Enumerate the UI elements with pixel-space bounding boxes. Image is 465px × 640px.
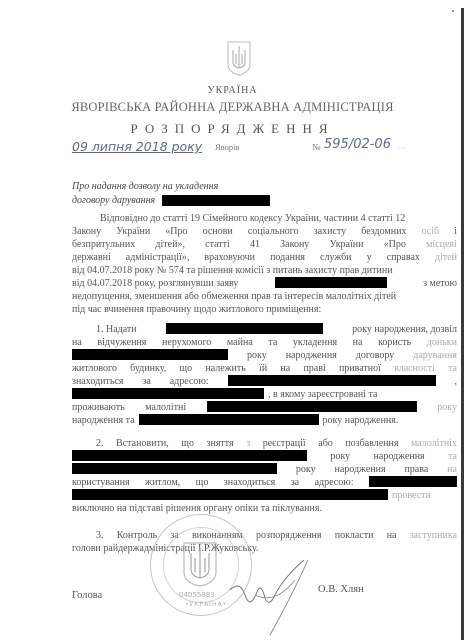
text: справах bbox=[387, 251, 420, 264]
text: України bbox=[116, 225, 150, 238]
document-date: 09 липня 2018 року bbox=[72, 139, 202, 154]
clause-2-line: провести bbox=[72, 489, 457, 502]
text: від 04.07.2018 року, розглянувши заяву bbox=[72, 277, 238, 290]
text: дітей», bbox=[155, 238, 185, 251]
text: та bbox=[448, 362, 457, 375]
text: року bbox=[296, 463, 316, 476]
text: дітей bbox=[435, 251, 457, 264]
redacted-address bbox=[72, 388, 264, 399]
text: розпорядження bbox=[256, 529, 322, 542]
text: майна bbox=[227, 336, 253, 349]
text: знаходиться bbox=[72, 375, 123, 388]
text: дарування bbox=[413, 349, 457, 362]
handwritten-signature-icon bbox=[225, 560, 345, 640]
text: року bbox=[437, 401, 457, 414]
text: , в якому зареєстровані та bbox=[268, 388, 377, 401]
text: будинку, bbox=[130, 362, 166, 375]
text: знаходиться bbox=[224, 476, 275, 489]
text: народження та bbox=[72, 414, 135, 427]
text: 41 bbox=[250, 238, 260, 251]
redacted-name bbox=[166, 323, 323, 334]
text: за bbox=[291, 476, 299, 489]
text: Закону bbox=[280, 238, 309, 251]
text: права bbox=[404, 463, 428, 476]
seal-bottom-text: •УКРАЇНА• bbox=[185, 601, 227, 608]
text: що bbox=[196, 476, 209, 489]
text: або bbox=[318, 437, 333, 450]
redacted-applicant bbox=[275, 277, 387, 288]
text: недопущення, зменшення або обмеження пра… bbox=[72, 290, 396, 303]
text: безпритульних bbox=[72, 238, 135, 251]
text: державні bbox=[72, 251, 111, 264]
clause-3-line: 3.Контрользавиконаннямрозпорядженняпокла… bbox=[72, 529, 457, 542]
text: , bbox=[454, 375, 457, 388]
text: року народження. bbox=[323, 414, 399, 427]
text: 2. bbox=[96, 437, 104, 450]
clause-1-line: народження та року народження. bbox=[72, 414, 457, 427]
text: на bbox=[447, 463, 457, 476]
text: покласти bbox=[335, 529, 374, 542]
text: доньки bbox=[427, 336, 457, 349]
clause-2-line: 2.Встановити,щозняттязреєстраціїабопозба… bbox=[72, 437, 457, 450]
text: реєстрації bbox=[263, 437, 306, 450]
text: народження bbox=[374, 450, 425, 463]
text: служби bbox=[320, 251, 352, 264]
clause-3-line: голови райдержадміністрації І.Р.Жуковськ… bbox=[72, 542, 457, 555]
text: їй bbox=[259, 362, 267, 375]
position-label: Голова bbox=[72, 590, 102, 601]
text: статті bbox=[205, 238, 230, 251]
text: проживають bbox=[72, 401, 125, 414]
text: провести bbox=[392, 489, 431, 502]
text: соціального bbox=[248, 225, 299, 238]
document-number-label: № bbox=[312, 142, 321, 152]
text: «Про bbox=[165, 225, 187, 238]
text: відчуження bbox=[97, 336, 146, 349]
text: Встановити, bbox=[116, 437, 169, 450]
text: бездомних bbox=[361, 225, 406, 238]
text: народження bbox=[334, 463, 385, 476]
preamble-line: ЗаконуУкраїни«Проосновисоціальногозахист… bbox=[72, 225, 457, 238]
clause-1-line: , в якому зареєстровані та bbox=[72, 388, 457, 401]
text: заступника bbox=[410, 529, 457, 542]
clause-1-line: 1. Надати року народження, дозвіл bbox=[72, 323, 457, 336]
text: зняття bbox=[207, 437, 234, 450]
subject-line-1: Про надання дозволу на укладення bbox=[72, 181, 218, 192]
text: користування bbox=[72, 476, 130, 489]
text: на bbox=[280, 362, 290, 375]
text: осіб bbox=[422, 225, 440, 238]
text: з метою bbox=[423, 277, 457, 290]
text: народження bbox=[286, 349, 337, 362]
text: року bbox=[247, 349, 267, 362]
clause-1-line: знаходитьсязаадресою: , bbox=[72, 375, 457, 388]
text: власності bbox=[394, 362, 435, 375]
text: укладення bbox=[293, 336, 337, 349]
text: користь bbox=[378, 336, 411, 349]
text: та bbox=[448, 450, 457, 463]
text: Контроль bbox=[117, 529, 157, 542]
text: належить bbox=[205, 362, 246, 375]
clause-2-line: користуванняжитлом,щознаходитьсязаадресо… bbox=[72, 476, 457, 489]
coat-of-arms-icon bbox=[226, 40, 252, 76]
text: малолітні bbox=[145, 401, 186, 414]
text: року bbox=[330, 450, 350, 463]
redacted-name bbox=[162, 195, 270, 206]
text: захисту bbox=[314, 225, 346, 238]
redacted-name bbox=[139, 414, 319, 425]
text: подання bbox=[270, 251, 305, 264]
clause-2-line: рокународженнята bbox=[72, 450, 457, 463]
text: що bbox=[179, 362, 192, 375]
text: виключно на підставі рішення органу опік… bbox=[72, 502, 322, 515]
subject-text: договору дарування bbox=[72, 195, 155, 206]
text: позбавлення bbox=[345, 437, 398, 450]
redacted-name bbox=[72, 463, 277, 474]
seal-code: 04055883 bbox=[179, 591, 215, 599]
preamble-line: безпритульнихдітей»,статті41ЗаконуУкраїн… bbox=[72, 238, 457, 251]
text: що bbox=[181, 437, 194, 450]
text: житлового bbox=[72, 362, 117, 375]
preamble-line: Відповідно до статті 19 Сімейного кодекс… bbox=[72, 212, 457, 225]
text: адресою: bbox=[315, 476, 354, 489]
preamble-line: державніадміністрації»,враховуючиподання… bbox=[72, 251, 457, 264]
redacted-name bbox=[72, 349, 228, 360]
text: та bbox=[268, 336, 277, 349]
preamble-line: від 04.07.2018 року № 574 та рішення ком… bbox=[72, 264, 457, 277]
signer-name: О.В. Хлян bbox=[318, 584, 364, 595]
text: на bbox=[387, 529, 397, 542]
text: за bbox=[142, 375, 150, 388]
seal-trident-icon bbox=[181, 540, 219, 588]
text: і bbox=[454, 225, 457, 238]
preamble-line: недопущення, зменшення або обмеження пра… bbox=[72, 290, 457, 303]
clause-1-line: житловогобудинку,щоналежитьїйнаправіприв… bbox=[72, 362, 457, 375]
document-number: 595/02-06 bbox=[324, 137, 391, 152]
redacted-address bbox=[72, 489, 388, 500]
redacted-names bbox=[207, 401, 417, 412]
redacted-name bbox=[72, 450, 307, 461]
preamble-line: під час вчинення правочину щодо житловог… bbox=[72, 303, 457, 316]
clause-1-line: рокународженнядоговорударування bbox=[72, 349, 457, 362]
text: у bbox=[367, 251, 372, 264]
clause-1-line: проживаютьмалолітні року bbox=[72, 401, 457, 414]
text: 3. bbox=[96, 529, 104, 542]
document-number-trailing: ... bbox=[398, 143, 406, 151]
text: приватної bbox=[339, 362, 381, 375]
text: Закону bbox=[72, 225, 101, 238]
text: «Про bbox=[384, 238, 406, 251]
text: від 04.07.2018 року № 574 та рішення ком… bbox=[72, 264, 393, 277]
text: договору bbox=[356, 349, 394, 362]
administration-heading: ЯВОРІВСЬКА РАЙОННА ДЕРЖАВНА АДМІНІСТРАЦІ… bbox=[0, 100, 465, 115]
text: Відповідно до статті 19 Сімейного кодекс… bbox=[100, 212, 405, 225]
text: нерухомого bbox=[162, 336, 211, 349]
preamble-line: від 04.07.2018 року, розглянувши заяву з… bbox=[72, 277, 457, 290]
text: житлом, bbox=[145, 476, 180, 489]
text: місцеві bbox=[426, 238, 457, 251]
document-type-heading: РОЗПОРЯДЖЕННЯ bbox=[0, 121, 465, 137]
text: адміністрації», bbox=[126, 251, 190, 264]
text: враховуючи bbox=[204, 251, 255, 264]
redacted-address bbox=[369, 476, 457, 487]
document-city: Яворів bbox=[215, 142, 240, 152]
text: основи bbox=[203, 225, 233, 238]
text: під час вчинення правочину щодо житловог… bbox=[72, 303, 321, 316]
text: року народження, дозвіл bbox=[352, 323, 457, 336]
redacted-address bbox=[228, 375, 436, 386]
text: праві bbox=[303, 362, 325, 375]
text: адресою: bbox=[170, 375, 209, 388]
text: України bbox=[330, 238, 364, 251]
country-heading: УКРАЇНА bbox=[0, 85, 465, 96]
subject-line-2: договору дарування bbox=[72, 195, 270, 206]
text: 1. Надати bbox=[96, 323, 137, 336]
text: малолітніх bbox=[411, 437, 457, 450]
text: з bbox=[246, 437, 250, 450]
scan-speck bbox=[452, 10, 454, 12]
clause-2-line: виключно на підставі рішення органу опік… bbox=[72, 502, 457, 515]
text: на bbox=[72, 336, 82, 349]
clause-2-line: рокународженняправана bbox=[72, 463, 457, 476]
clause-1-line: навідчуженнянерухомогомайнатаукладенняна… bbox=[72, 336, 457, 349]
text: на bbox=[353, 336, 363, 349]
